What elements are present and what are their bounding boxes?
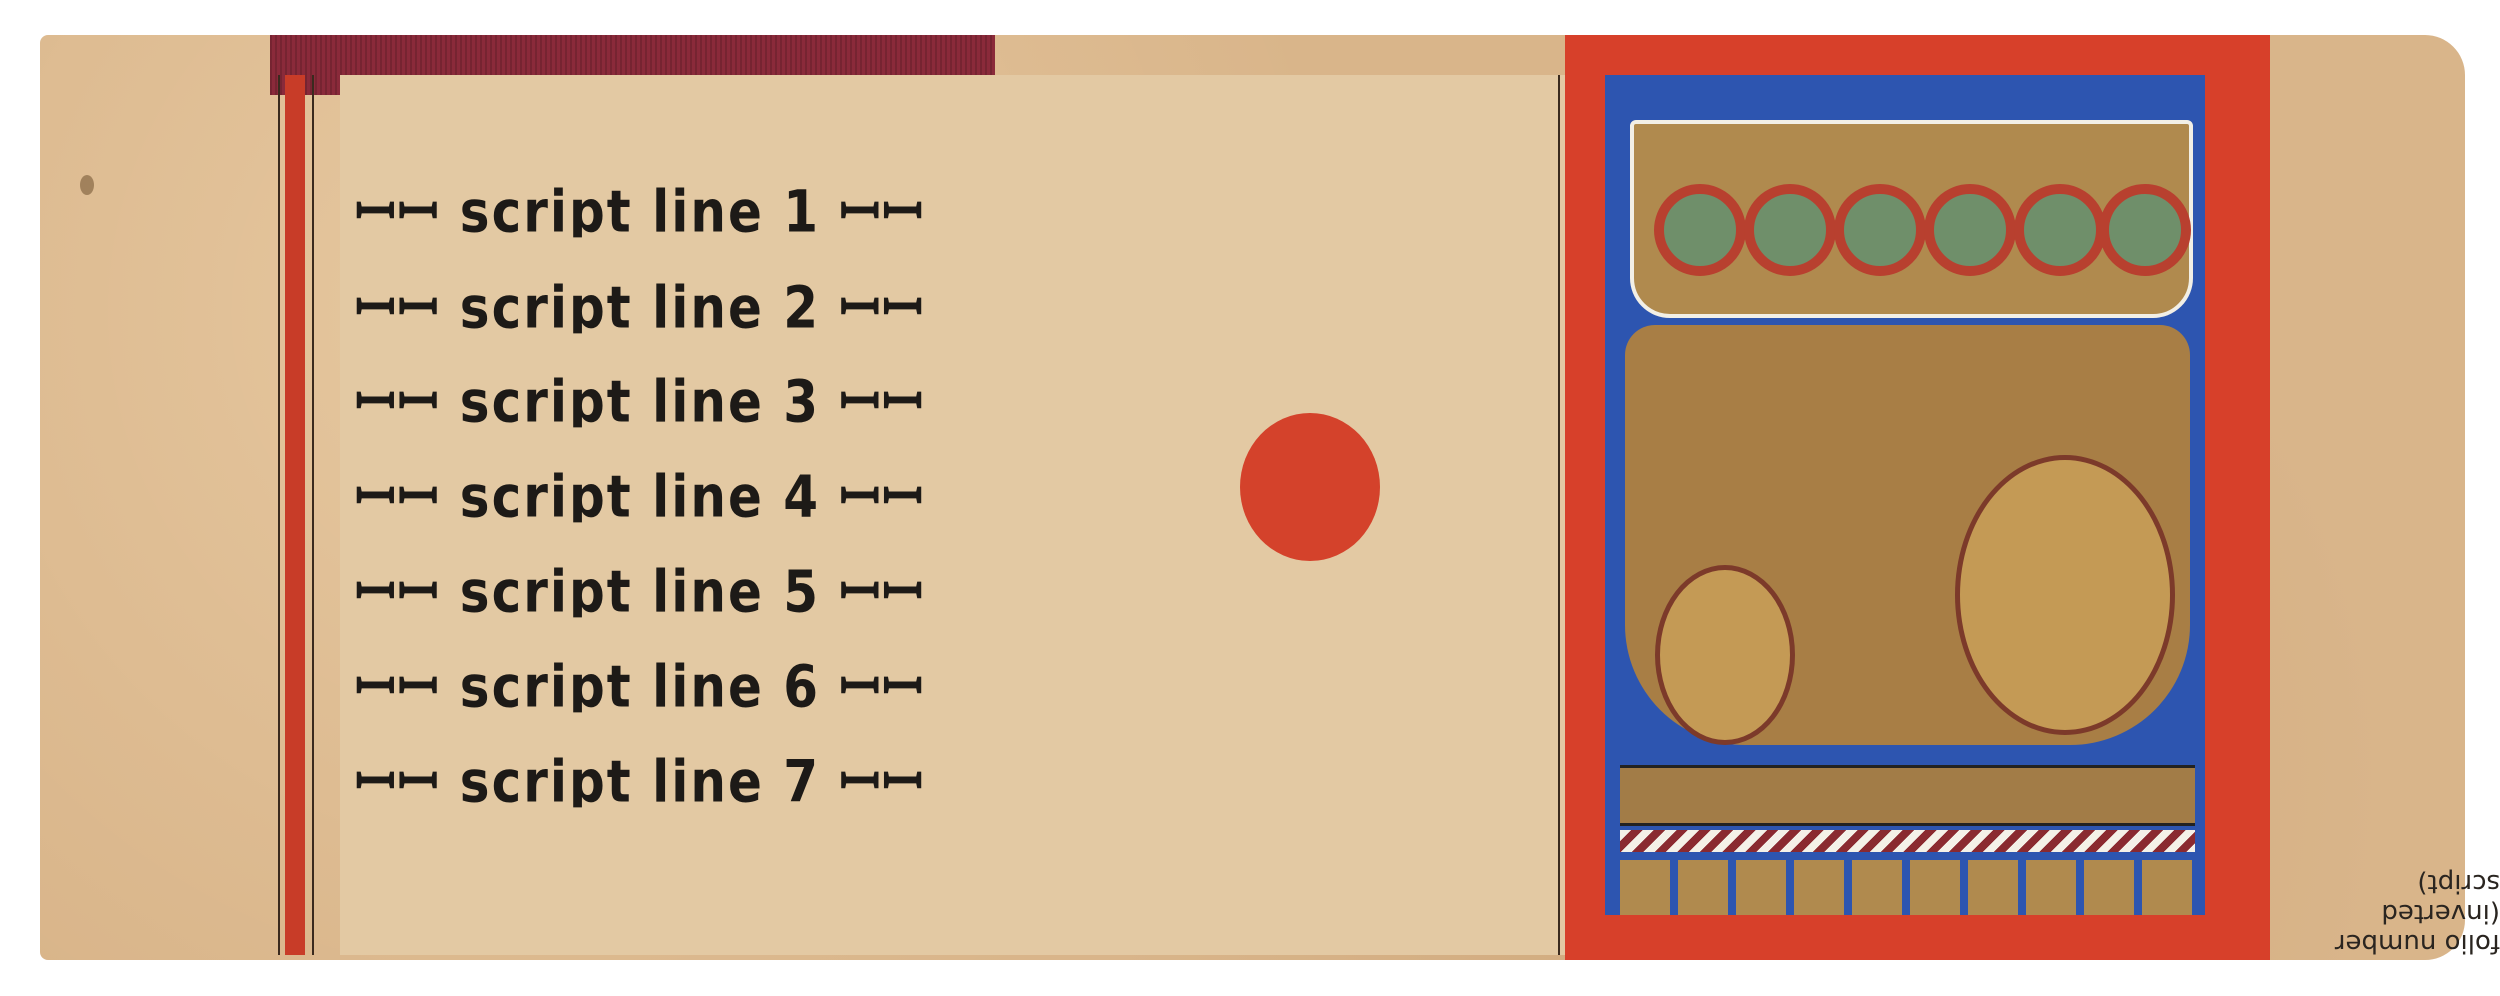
flower-motif [2014,184,2106,276]
figure-scene [1625,325,2190,745]
flower-motif [1744,184,1836,276]
flower-motif [1654,184,1746,276]
script-line-1: ꟷꟷ script line 1 ꟷꟷ [355,171,1555,238]
left-ink-rule-inner [312,75,314,955]
left-ink-rule [278,75,280,955]
flower-motif [1924,184,2016,276]
left-red-rule [285,75,305,955]
figure-head-right [1955,455,2175,735]
canopy [1630,120,2193,318]
painting-blue-ground [1605,75,2205,915]
manuscript-folio: ꟷꟷ script line 1 ꟷꟷ ꟷꟷ script line 2 ꟷꟷ … [40,35,2465,960]
script-line-4: ꟷꟷ script line 4 ꟷꟷ [355,456,1215,523]
flower-motif [2099,184,2191,276]
decorative-band-top [1620,765,2195,826]
script-line-5: ꟷꟷ script line 5 ꟷꟷ [355,551,1215,618]
decorative-band-bottom [1620,860,2195,915]
script-line-2: ꟷꟷ script line 2 ꟷꟷ [355,267,1555,334]
stain [80,175,94,195]
right-ink-rule [1558,75,1560,955]
folio-number: folio number (inverted script) [2310,868,2500,958]
script-line-6: ꟷꟷ script line 6 ꟷꟷ [355,646,1555,713]
zigzag-band [1620,830,2195,852]
script-line-3: ꟷꟷ script line 3 ꟷꟷ [355,361,1215,428]
figure-head-left [1655,565,1795,745]
central-red-dot [1240,413,1380,561]
script-line-7: ꟷꟷ script line 7 ꟷꟷ [355,741,1555,808]
flower-motif [1834,184,1926,276]
miniature-painting [1565,35,2270,960]
